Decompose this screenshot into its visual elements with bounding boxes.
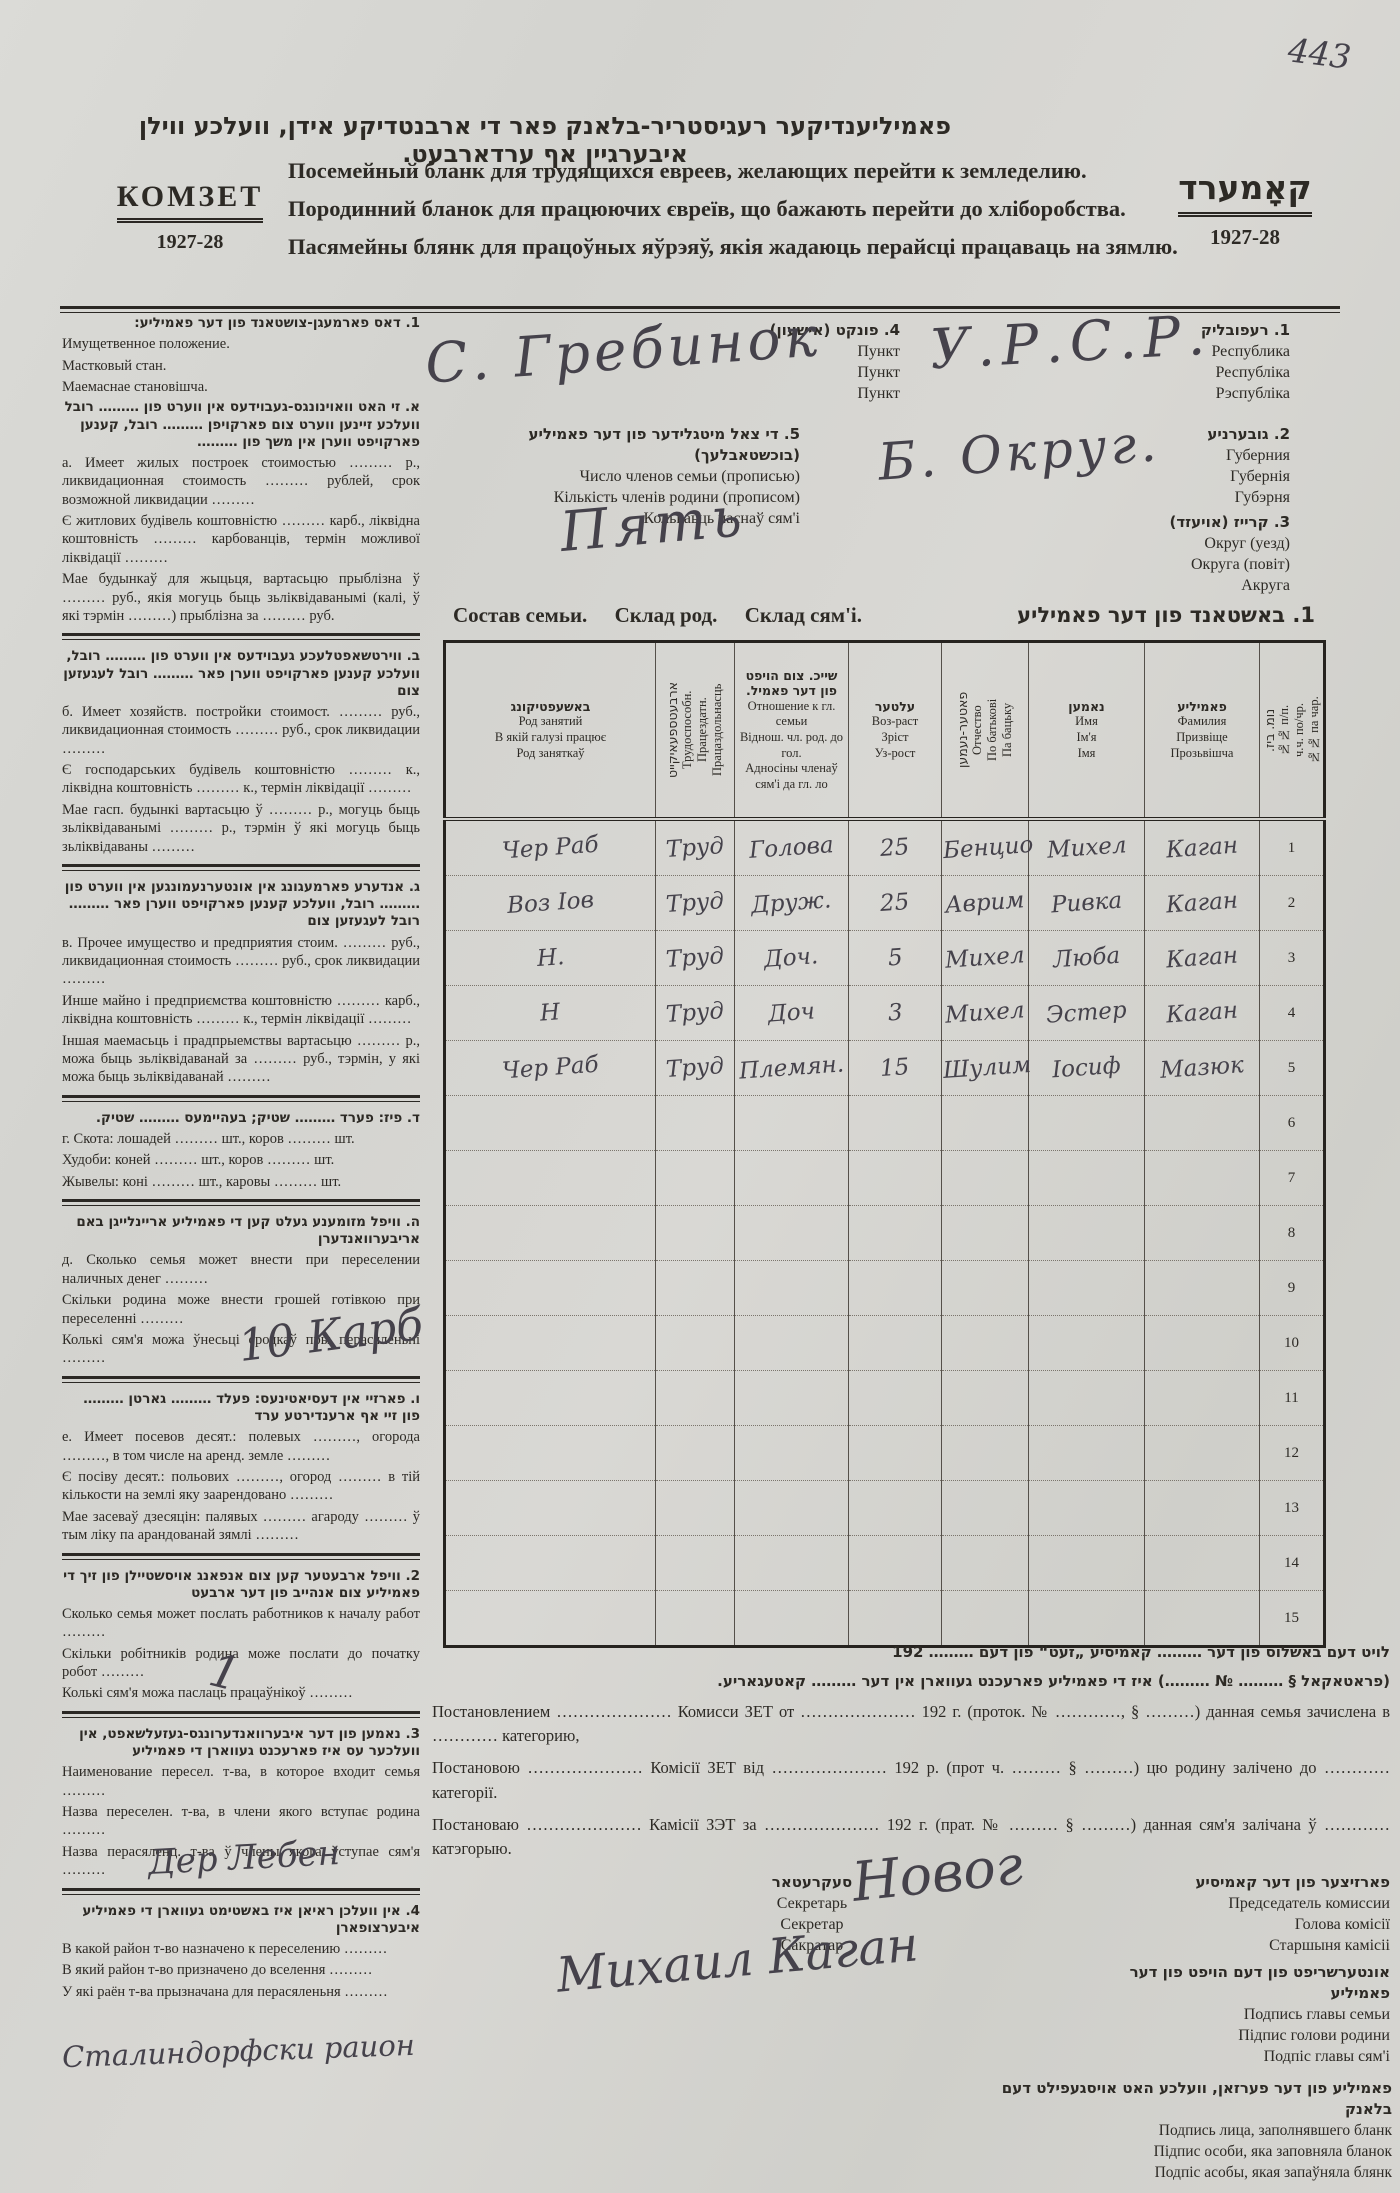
gubernia-value-handwritten: Б. Округ. [876,414,1162,493]
cell-name [1029,1151,1145,1206]
sec1-yi: 1. דאס פארמעגן-צושטאנד פון דער פאמיליע: [62,315,420,332]
cell-age [849,1096,942,1151]
cell-relation: Голова [735,819,849,876]
cell-age [849,1536,942,1591]
item-a-ru: а. Имеет жилых построек стоимостью ……… р… [62,454,420,509]
family-head-be: Подпіс главы сям'і [1080,2046,1390,2067]
cell-name: Ривка [1029,876,1145,931]
relation-value: Доч [767,998,816,1027]
cell-ability [656,1316,735,1371]
cell-number: 12 [1260,1426,1325,1481]
cell-occupation [445,1096,656,1151]
col-name: נאמען Имя Ім'я Імя [1029,642,1145,820]
sec4-be: У які раён т-ва прызначана для перасялен… [62,1983,420,2001]
age-value: 25 [879,834,910,862]
cell-occupation [445,1536,656,1591]
ability-value: Труд [665,888,725,918]
family-head-uk: Підпис голови родини [1080,2025,1390,2046]
family-head-ru: Подпись главы семьи [1080,2004,1390,2025]
cell-number: 1 [1260,819,1325,876]
col-occupation-be: Род заняткаў [448,746,653,762]
ability-value: Труд [665,1053,725,1083]
cell-name: Іосиф [1029,1041,1145,1096]
cell-name [1029,1371,1145,1426]
cell-occupation: Чер Раб [445,819,656,876]
cell-surname [1145,1536,1260,1591]
col-name-uk: Ім'я [1031,730,1142,746]
cell-name: Люба [1029,931,1145,986]
sec4-uk: В який район т-во призначено до вселення… [62,1961,420,1979]
pencil-page-number: 443 [1286,30,1353,76]
col-relation-ru: Отношение к гл. семьи [737,699,846,730]
ability-value: Труд [665,943,725,973]
cell-age [849,1206,942,1261]
cell-patronymic [942,1151,1029,1206]
divider [62,1376,420,1383]
resolution-ru: Постановлением ………………… Комисси ЗЕТ от ……… [432,1700,1390,1750]
name-value: Люба [1052,943,1121,974]
sec2-ru: Сколько семья может послать работников к… [62,1605,420,1642]
cell-patronymic [942,1371,1029,1426]
field-punkt-be: Пункт [700,383,900,404]
item-b-ru: б. Имеет хозяйств. постройки стоимост. …… [62,703,420,758]
cell-ability: Труд [656,986,735,1041]
cell-age: 15 [849,1041,942,1096]
occupation-value: Н [540,999,562,1026]
chairman-be: Старшыня камісіі [1060,1935,1390,1956]
cell-name [1029,1481,1145,1536]
cell-name [1029,1261,1145,1316]
table-header-row: באשעפטיקונג Род занятий В якій галузі пр… [445,642,1325,820]
item-b-be: Мае гасп. будынкі вартасьцю ў ……… р., мо… [62,801,420,856]
cell-name [1029,1591,1145,1647]
table-row: 11 [445,1371,1325,1426]
cell-ability: Труд [656,876,735,931]
cell-name [1029,1536,1145,1591]
col-surname-be: Прозьвішча [1147,746,1257,762]
cell-age [849,1591,942,1647]
cell-age [849,1481,942,1536]
divider [62,1199,420,1206]
sec4-ru: В какой район т-во назначено к переселен… [62,1940,420,1958]
table-row: Н Труд Доч 3 Михел Эстер Каган 4 [445,986,1325,1041]
cell-number: 9 [1260,1261,1325,1316]
resolution-yi-1: לויט דעם באשלוס פון דער ……… קאמיסיע „זעט… [432,1642,1390,1664]
field-gubernia: 2. גובערניע Губерния Губернія Губэрня [1190,424,1290,508]
cell-relation [735,1426,849,1481]
cell-surname [1145,1316,1260,1371]
chairman-ru: Председатель комиссии [1060,1893,1390,1914]
cell-surname [1145,1426,1260,1481]
cell-ability [656,1536,735,1591]
field-okrug-yi: 3. קרייז (אויעזד) [1150,512,1290,533]
form-filler-ru: Подпись лица, заполнявшего бланк [1000,2120,1392,2141]
cell-name: Михел [1029,819,1145,876]
col-relation: שייכ. צום הויפט פון דער פאמיל. Отношение… [735,642,849,820]
col-surname-uk: Призвіще [1147,730,1257,746]
patronymic-value: Михел [944,942,1025,973]
cell-patronymic: Бенцио [942,819,1029,876]
age-value: 3 [887,1000,903,1027]
sec1-uk: Мастковый стан. [62,357,420,375]
cell-relation [735,1151,849,1206]
cell-occupation: Воз Іов [445,876,656,931]
table-row: Чер Раб Труд Голова 25 Бенцио Михел Кага… [445,819,1325,876]
cell-patronymic [942,1316,1029,1371]
col-number-ru: №№ п/п. [1277,649,1292,811]
cell-patronymic: Аврим [942,876,1029,931]
family-table-title-yi: 1. באשטאנד פון דער פאמיליע [1017,603,1315,627]
cell-number: 7 [1260,1151,1325,1206]
col-patronymic: פאטער-נעמען Отчество По батькові Па баць… [942,642,1029,820]
occupation-value: Н. [536,944,565,972]
surname-value: Каган [1165,998,1239,1029]
cell-patronymic [942,1261,1029,1316]
cell-relation [735,1261,849,1316]
cell-surname [1145,1371,1260,1426]
col-ability: ארבעטספעאיקייט Трудоспособн. Працездатн.… [656,642,735,820]
cell-age: 25 [849,876,942,931]
col-age-ru: Воз-раст [851,714,939,730]
cell-number: 14 [1260,1536,1325,1591]
family-table-title: Состав семьи. Склад род. Склад сям'і. 1.… [443,603,1325,628]
table-row: Н. Труд Доч. 5 Михел Люба Каган 3 [445,931,1325,986]
col-relation-be: Адносіны членаў сям'і да гл. ло [737,761,846,792]
ability-value: Труд [665,998,725,1028]
scanned-form-page: 443 פאמיליענדיקער רעגיסטריר-בלאנק פאר די… [0,0,1400,2193]
col-patronymic-uk: По батькові [985,649,1000,811]
field-republic-be: Рэспубліка [1140,383,1290,404]
table-row: 7 [445,1151,1325,1206]
cell-surname: Каган [1145,986,1260,1041]
item-v-uk: Инше майно і предприємства коштовністю …… [62,992,420,1029]
cell-ability [656,1206,735,1261]
cell-ability [656,1426,735,1481]
cell-occupation: Н. [445,931,656,986]
col-occupation-ru: Род занятий [448,714,653,730]
cell-relation [735,1591,849,1647]
divider [62,1553,420,1560]
col-number: נומ. ביז. №№ п/п. ч.ч. по/чр. №№ па чар. [1260,642,1325,820]
cell-age [849,1151,942,1206]
sec3-yi: 3. נאמען פון דער איבערוואנדערונגס-געזעלש… [62,1726,420,1760]
cell-patronymic [942,1096,1029,1151]
cell-name: Эстер [1029,986,1145,1041]
cell-surname [1145,1096,1260,1151]
table-row: Воз Іов Труд Друж. 25 Аврим Ривка Каган … [445,876,1325,931]
cell-relation: Племян. [735,1041,849,1096]
item-g-be: Жывелы: коні ……… шт., каровы ……… шт. [62,1173,420,1191]
cell-surname [1145,1261,1260,1316]
cell-ability: Труд [656,931,735,986]
cell-age [849,1371,942,1426]
item-a-uk: Є житлових будівель коштовністю ……… карб… [62,512,420,567]
item-g-yi: ד. פיז: פערד ……… שטיק; בעהיימעס ……… שטיק… [62,1110,420,1127]
table-row: 13 [445,1481,1325,1536]
form-filler-label-block: פאמיליע פון דער פערזאן, וועלכע האט אויסג… [1000,2078,1392,2183]
item-e-yi: ו. פארזיי אין דעסיאטינעס: פעלד ……… גארטן… [62,1391,420,1425]
col-name-be: Імя [1031,746,1142,762]
cell-relation [735,1481,849,1536]
col-occupation-uk: В якій галузі працює [448,730,653,746]
cell-occupation [445,1261,656,1316]
cell-occupation [445,1316,656,1371]
cell-age [849,1316,942,1371]
family-head-signature: Михаил Каган [554,1916,920,2003]
ability-value: Труд [665,833,725,863]
col-age-yi: עלטער [851,699,939,715]
field-family-count-ru: Число членов семьи (прописью) [430,466,800,487]
occupation-value: Чер Раб [501,832,599,865]
divider [62,1095,420,1102]
col-patronymic-yi: פאטער-נעמען [955,649,970,811]
form-filler-uk: Підпис особи, яка заповняла бланок [1000,2141,1392,2162]
cell-number: 15 [1260,1591,1325,1647]
col-number-yi: נומ. ביז. [1262,649,1277,811]
col-age: עלטער Воз-раст Зріст Уз-рост [849,642,942,820]
cell-ability [656,1481,735,1536]
sec1-be: Маемаснае становішча. [62,378,420,396]
patronymic-value: Михел [944,997,1025,1028]
col-number-uk: ч.ч. по/чр. [1292,649,1307,811]
cell-relation: Друж. [735,876,849,931]
cell-surname: Каган [1145,931,1260,986]
cell-relation: Доч. [735,931,849,986]
cell-age: 3 [849,986,942,1041]
sec4-yi: 4. אין וועלכן ראיאן איז באשטימט געווארן … [62,1903,420,1937]
cell-surname: Каган [1145,819,1260,876]
col-age-uk: Зріст [851,730,939,746]
col-number-be: №№ па чар. [1307,649,1322,811]
item-e-ru: е. Имеет посевов десят.: полевых ………, ог… [62,1428,420,1465]
name-value: Іосиф [1051,1053,1121,1084]
cell-number: 8 [1260,1206,1325,1261]
komerd-block: קאָמערד 1927-28 [1150,168,1340,250]
chairman-label-block: פארזיצער פון דער קאמיסיע Председатель ко… [1060,1872,1390,1956]
sec3-ru: Наименование пересел. т-ва, в которое вх… [62,1763,420,1800]
relation-value: Племян. [738,1051,845,1084]
table-row: Чер Раб Труд Племян. 15 Шулим Іосиф Мазю… [445,1041,1325,1096]
cell-number: 2 [1260,876,1325,931]
cell-occupation [445,1151,656,1206]
item-d-yi: ה. וויפל מזומענע געלט קען די פאמיליע ארי… [62,1214,420,1248]
item-g-ru: г. Скота: лошадей ……… шт., коров ……… шт. [62,1130,420,1148]
col-ability-be: Працаздольнасць [710,649,725,811]
occupation-value: Чер Раб [501,1052,599,1085]
field-gubernia-ru: Губерния [1190,445,1290,466]
col-patronymic-ru: Отчество [970,649,985,811]
cell-surname [1145,1591,1260,1647]
cell-patronymic [942,1206,1029,1261]
col-surname-ru: Фамилия [1147,714,1257,730]
cell-occupation [445,1206,656,1261]
komzet-wordmark: КОМЗЕТ [117,180,264,223]
surname-value: Каган [1165,833,1239,864]
col-occupation: באשעפטיקונג Род занятий В якій галузі пр… [445,642,656,820]
cell-age: 25 [849,819,942,876]
cell-surname [1145,1151,1260,1206]
cell-occupation: Н [445,986,656,1041]
family-table: באשעפטיקונג Род занятий В якій галузі пр… [443,640,1326,1648]
komzet-years: 1927-28 [95,231,285,254]
field-gubernia-yi: 2. גובערניע [1190,424,1290,445]
cell-ability [656,1096,735,1151]
cell-patronymic [942,1481,1029,1536]
col-ability-uk: Працездатн. [695,649,710,811]
cell-patronymic: Михел [942,931,1029,986]
cell-number: 10 [1260,1316,1325,1371]
table-row: 15 [445,1591,1325,1647]
cell-ability [656,1591,735,1647]
col-relation-yi: שייכ. צום הויפט פון דער פאמיל. [737,668,846,699]
field-okrug-be: Акруга [1150,575,1290,596]
patronymic-value: Бенцио [942,832,1034,864]
cell-age [849,1426,942,1481]
form-titles: Посемейный бланк для трудящихся евреев, … [288,158,1148,272]
cell-name [1029,1316,1145,1371]
table-row: 10 [445,1316,1325,1371]
cell-relation [735,1536,849,1591]
family-table-title-cyr: Состав семьи. Склад род. Склад сям'і. [453,603,884,628]
resolution-block: לויט דעם באשלוס פון דער ……… קאמיסיע „זעט… [432,1642,1390,1869]
resolution-yi-2: (פראטאקאל § ……… № ………) איז די פאמיליע פא… [432,1671,1390,1693]
cell-number: 11 [1260,1371,1325,1426]
form-filler-yi: פאמיליע פון דער פערזאן, וועלכע האט אויסג… [1000,2078,1392,2120]
cell-patronymic [942,1536,1029,1591]
cell-occupation [445,1591,656,1647]
cell-ability [656,1151,735,1206]
item-a-be: Мае будынкаў для жыцьця, вартасьцю прыбл… [62,570,420,625]
cell-occupation [445,1371,656,1426]
item-e-uk: Є посіву десят.: польових ………, огород ……… [62,1468,420,1505]
family-head-label-block: אונטערשריפט פון דעם הויפט פון דער פאמילי… [1080,1962,1390,2067]
komzet-block: КОМЗЕТ 1927-28 [95,180,285,254]
patronymic-value: Шулим [942,1052,1032,1084]
cell-number: 5 [1260,1041,1325,1096]
cell-relation [735,1096,849,1151]
cell-relation [735,1371,849,1426]
cell-relation [735,1316,849,1371]
title-ukrainian: Породинний бланок для працюючих євреїв, … [288,196,1148,222]
cell-patronymic: Шулим [942,1041,1029,1096]
relation-value: Друж. [751,887,833,919]
divider [62,633,420,640]
divider [62,864,420,871]
item-d-ru: д. Сколько семья может внести при пересе… [62,1251,420,1288]
field-gubernia-be: Губэрня [1190,487,1290,508]
table-row: 9 [445,1261,1325,1316]
cell-ability: Труд [656,819,735,876]
cell-name [1029,1096,1145,1151]
col-name-yi: נאמען [1031,699,1142,715]
cell-number: 6 [1260,1096,1325,1151]
surname-value: Каган [1165,888,1239,919]
cell-occupation [445,1481,656,1536]
surname-value: Каган [1165,943,1239,974]
col-ability-ru: Трудоспособн. [680,649,695,811]
cell-ability [656,1261,735,1316]
cell-age [849,1261,942,1316]
divider [62,1888,420,1895]
family-head-yi: אונטערשריפט פון דעם הויפט פון דער פאמילי… [1080,1962,1390,2004]
item-b-yi: ב. ווירטשאפטלעכע געבוידעס אין ווערט פון … [62,648,420,699]
chairman-yi: פארזיצער פון דער קאמיסיע [1060,1872,1390,1893]
cell-ability: Труд [656,1041,735,1096]
komerd-years: 1927-28 [1150,225,1340,250]
title-russian: Посемейный бланк для трудящихся евреев, … [288,158,1148,184]
relation-value: Голова [748,832,834,864]
property-column: 1. דאס פארמעגן-צושטאנד פון דער פאמיליע: … [62,312,420,2190]
col-relation-uk: Віднош. чл. род. до гол. [737,730,846,761]
name-value: Эстер [1045,997,1127,1029]
patronymic-value: Аврим [944,887,1025,918]
sec2-be: Колькі сям'я можа паслаць працаўнікоў ……… [62,1684,420,1702]
field-okrug: 3. קרייז (אויעזד) Округ (уезд) Округа (п… [1150,512,1290,596]
field-gubernia-uk: Губернія [1190,466,1290,487]
age-value: 25 [879,889,910,917]
table-row: 8 [445,1206,1325,1261]
item-v-be: Іншая маемасьць і прадпрыемствы вартасьц… [62,1032,420,1087]
family-table-title-ru: Состав семьи. [453,603,587,627]
item-v-ru: в. Прочее имущество и предприятия стоим.… [62,934,420,989]
table-row: 6 [445,1096,1325,1151]
table-row: 14 [445,1536,1325,1591]
field-okrug-uk: Округа (повіт) [1150,554,1290,575]
item-e-be: Мае засеваў дзесяцін: палявых ……… агарод… [62,1508,420,1545]
cell-surname: Каган [1145,876,1260,931]
cell-surname [1145,1206,1260,1261]
cell-number: 13 [1260,1481,1325,1536]
col-surname-yi: פאמיליע [1147,699,1257,715]
item-a-yi: א. זי האט וואוינונגס-געבוידעס אין ווערט … [62,399,420,450]
field-family-count-yi: 5. די צאל מיטגלידער פון דער פאמיליע (בוכ… [430,424,800,466]
chairman-uk: Голова комісії [1060,1914,1390,1935]
name-value: Михел [1046,832,1127,863]
field-okrug-ru: Округ (уезд) [1150,533,1290,554]
age-value: 15 [879,1054,910,1082]
col-ability-yi: ארבעטספעאיקייט [665,649,680,811]
cell-patronymic [942,1591,1029,1647]
resolution-uk: Постановою ………………… Комісії ЗЕТ від ……………… [432,1756,1390,1806]
col-occupation-yi: באשעפטיקונג [448,699,653,715]
komerd-wordmark: קאָמערד [1178,168,1311,217]
divider [62,1711,420,1718]
cell-name [1029,1206,1145,1261]
cell-surname: Мазюк [1145,1041,1260,1096]
age-value: 5 [887,945,903,972]
col-surname: פאמיליע Фамилия Призвіще Прозьвішча [1145,642,1260,820]
sec1-ru: Имущетвенное положение. [62,335,420,353]
cell-relation [735,1206,849,1261]
surname-value: Мазюк [1159,1052,1244,1084]
family-table-title-be: Склад сям'і. [745,603,862,627]
cell-name [1029,1426,1145,1481]
col-name-ru: Имя [1031,714,1142,730]
sec3-uk: Назва переселен. т-ва, в члени якого вст… [62,1803,420,1840]
family-table-title-uk: Склад род. [615,603,718,627]
cell-occupation [445,1426,656,1481]
cell-ability [656,1371,735,1426]
cell-patronymic: Михел [942,986,1029,1041]
sec2-yi: 2. וויפל ארבעטער קען צום אנפאנג אויסשטיי… [62,1568,420,1602]
occupation-value: Воз Іов [506,887,595,919]
relation-value: Доч. [764,943,820,973]
cell-number: 4 [1260,986,1325,1041]
form-filler-be: Подпіс асобы, якая запаўняла блянк [1000,2162,1392,2183]
cell-patronymic [942,1426,1029,1481]
col-age-be: Уз-рост [851,746,939,762]
table-row: 12 [445,1426,1325,1481]
